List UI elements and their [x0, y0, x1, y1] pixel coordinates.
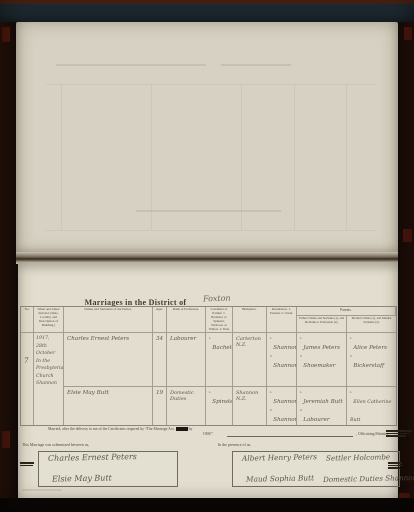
col-header-father: Father's Name and Surname (1), and the R… [297, 316, 347, 333]
groom-father-name: James Peters [303, 345, 340, 351]
printed-marker: 1. [270, 390, 272, 394]
groom-father-cell: 1.James Peters 2.Shoemaker [297, 333, 347, 387]
groom-name-cell: Charles Ernest Peters [64, 333, 153, 387]
bride-father-name: Jeremiah Butt [303, 399, 343, 405]
printed-marker: 1. [350, 336, 352, 340]
when-line: Presbyterian [36, 365, 62, 373]
bride-condition: Spinster [212, 399, 233, 405]
minister-signature-line [227, 430, 353, 437]
ghost-text [22, 489, 62, 491]
marriage-register-table: No. When and where married. (Date, Local… [20, 306, 397, 426]
printed-marker: 2. [300, 408, 302, 412]
ghost-rule [151, 84, 152, 230]
when-line: 1917, [36, 335, 62, 343]
witness2-name: Maud Sophia Butt [246, 473, 314, 483]
witness1-signature: Albert Henry PetersSettler Holcombe [242, 445, 390, 464]
groom-father-rank: Shoemaker [303, 363, 335, 369]
bride-rank-cell: Domestic Duties [167, 387, 206, 425]
col-header-mother: Mother's Name (1), and Maiden Surname (2… [347, 316, 396, 333]
ghost-rule [346, 84, 347, 230]
ghost-rule [46, 230, 376, 231]
book-edge-bottom [0, 498, 414, 512]
district-name: Foxton [203, 294, 231, 304]
groom-age-cell: 34 [153, 333, 167, 387]
book-spine-top [0, 0, 414, 22]
marginal-stamp [386, 430, 412, 437]
edge-tab [2, 27, 10, 42]
act-clause: Married, after the delivery to me of the… [48, 427, 192, 431]
edge-tab [404, 27, 412, 40]
bride-signature-text: Elsie May Butt [52, 473, 112, 483]
witness1-name: Albert Henry Peters [242, 452, 317, 463]
page-title: Marriages in the District of Foxton [18, 288, 398, 307]
col-header-no: No. [21, 307, 34, 333]
when-line: In the [36, 358, 62, 366]
when-line: 28th October [36, 343, 62, 358]
ghost-text [221, 64, 291, 66]
printed-marker: 1. [300, 390, 302, 394]
marginal-stamp [20, 462, 34, 466]
bride-mother-cell: 1.Ellen Catherine Butt 2.Hinson [347, 387, 396, 425]
printed-marker: 2. [270, 408, 272, 412]
when-where-cell: 1917, 28th October In the Presbyterian C… [34, 333, 64, 425]
groom-condition: Bachelor [212, 345, 233, 351]
printed-marker: 1. [270, 336, 272, 340]
printed-marker: 1. [350, 390, 352, 394]
groom-mother-cell: 1.Alice Peters 2.Bickerstaff [347, 333, 396, 387]
groom-rank-cell: Labourer [167, 333, 206, 387]
act-clause-text: Married, after the delivery to me of the… [48, 427, 175, 431]
witness1-detail: Settler Holcombe [326, 452, 390, 462]
bride-residence-usual: Shannon [273, 417, 297, 423]
officiating-minister-label: , Officiating Minister. [356, 432, 389, 436]
printed-marker: 1. [209, 390, 211, 394]
groom-condition-cell: 1.Bachelor [206, 333, 233, 387]
marginal-stamp [388, 462, 403, 469]
groom-signature: Charles Ernest Peters [48, 445, 137, 464]
witness2-signature: Maud Sophia ButtDomestic Duties Shannon [246, 466, 414, 485]
groom-signature-text: Charles Ernest Peters [48, 452, 137, 463]
printed-marker: 2. [300, 354, 302, 358]
col-header-rank: Rank or Profession. [167, 307, 206, 333]
bride-father-rank: Labourer [303, 417, 329, 423]
district-underline: Foxton [189, 288, 331, 307]
col-header-residences: Residences. 1. Present. 2. Usual. [267, 307, 297, 333]
groom-mother-name: Alice Peters [353, 345, 387, 351]
col-header-when: When and where married. (Date, Locality,… [34, 307, 64, 333]
act-by-text: by [189, 427, 193, 431]
groom-birthplace-cell: Carterton N.Z. [233, 333, 267, 387]
printed-marker: 1. [300, 336, 302, 340]
col-header-names: Names and Surnames of the Parties. [64, 307, 153, 333]
when-line: Shannon [36, 380, 62, 388]
printed-marker: 2. [270, 354, 272, 358]
groom-mother-maiden: Bickerstaff [353, 363, 384, 369]
bride-father-cell: 1.Jeremiah Butt 2.Labourer [297, 387, 347, 425]
groom-residences-cell: 1.Shannon 2.Shannon [267, 333, 297, 387]
blank-verso-page [16, 22, 398, 256]
when-line: Church [36, 373, 62, 381]
printed-marker: 2. [350, 354, 352, 358]
groom-residence-usual: Shannon [273, 363, 297, 369]
bride-mother-name: Ellen Catherine Butt [350, 400, 391, 423]
edge-tab [403, 229, 412, 242]
ghost-text [56, 64, 206, 66]
scanned-register-photo: Marriages in the District of Foxton No. … [0, 0, 414, 512]
edge-tab [2, 431, 10, 448]
col-header-birthplace: Birthplace. [233, 307, 267, 333]
col-header-condition: Condition of Parties: 1. Bachelor or Spi… [206, 307, 233, 333]
printed-marker: 1. [209, 336, 211, 340]
bride-age-cell: 19 [153, 387, 167, 425]
col-header-parents: Parents. [297, 307, 396, 316]
ghost-rule [241, 84, 242, 230]
groom-residence-present: Shannon [273, 345, 297, 351]
ghost-rule [46, 84, 376, 85]
ghost-text [136, 210, 281, 212]
entry-number-cell: 7 [21, 333, 34, 425]
bride-name-cell: Elsie May Butt [64, 387, 153, 425]
witness2-detail: Domestic Duties Shannon [323, 473, 414, 484]
bride-residence-present: Shannon [273, 399, 297, 405]
ghost-rule [61, 84, 62, 230]
bride-residences-cell: 1.Shannon 2.Shannon [267, 387, 297, 425]
bride-birthplace-cell: Shannon N.Z. [233, 387, 267, 425]
redaction-mark [176, 427, 188, 431]
bride-condition-cell: 1.Spinster [206, 387, 233, 425]
register-page: Marriages in the District of Foxton No. … [18, 262, 398, 500]
col-header-ages: Ages. [153, 307, 167, 333]
ghost-rule [294, 84, 295, 230]
bride-signature: Elsie May Butt [52, 466, 112, 485]
